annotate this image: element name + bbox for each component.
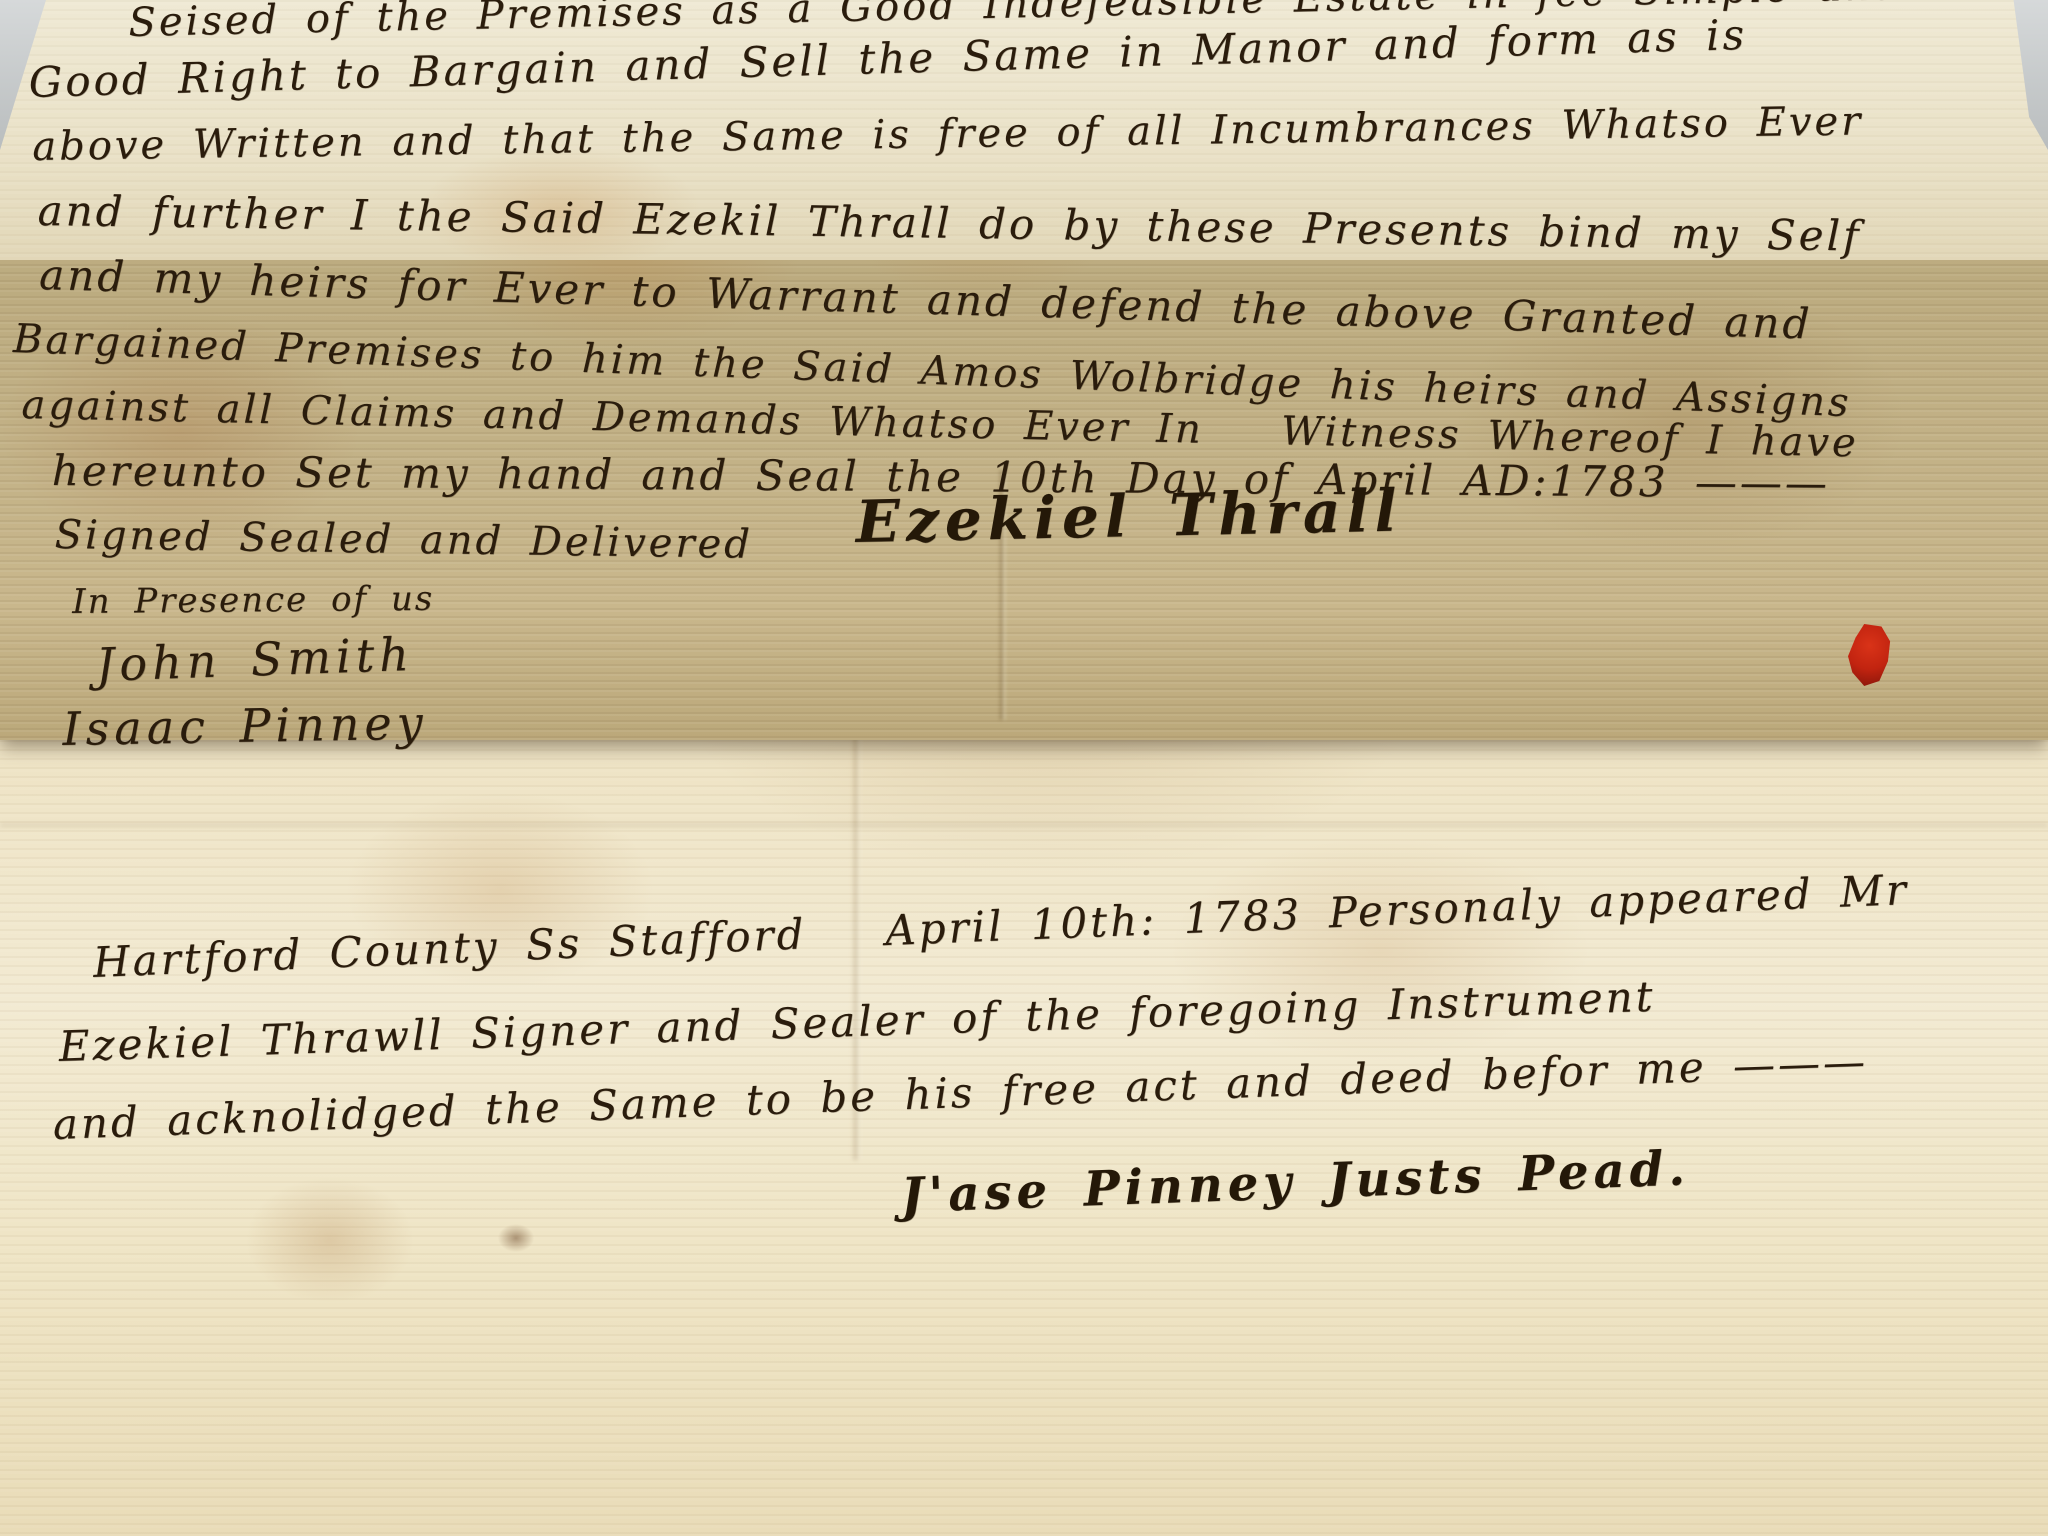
witness-signature: John Smith (95, 627, 415, 692)
witness-signature: Isaac Pinney (62, 696, 428, 756)
closing-attestation: Signed Sealed and Delivered (54, 512, 753, 568)
grantor-signature: Ezekiel Thrall (855, 477, 1403, 556)
presence-clause: In Presence of us (72, 579, 434, 622)
deed-photograph: Seised of the Premises as a Good Indefea… (0, 0, 2048, 1536)
horizontal-crease (0, 822, 2048, 830)
